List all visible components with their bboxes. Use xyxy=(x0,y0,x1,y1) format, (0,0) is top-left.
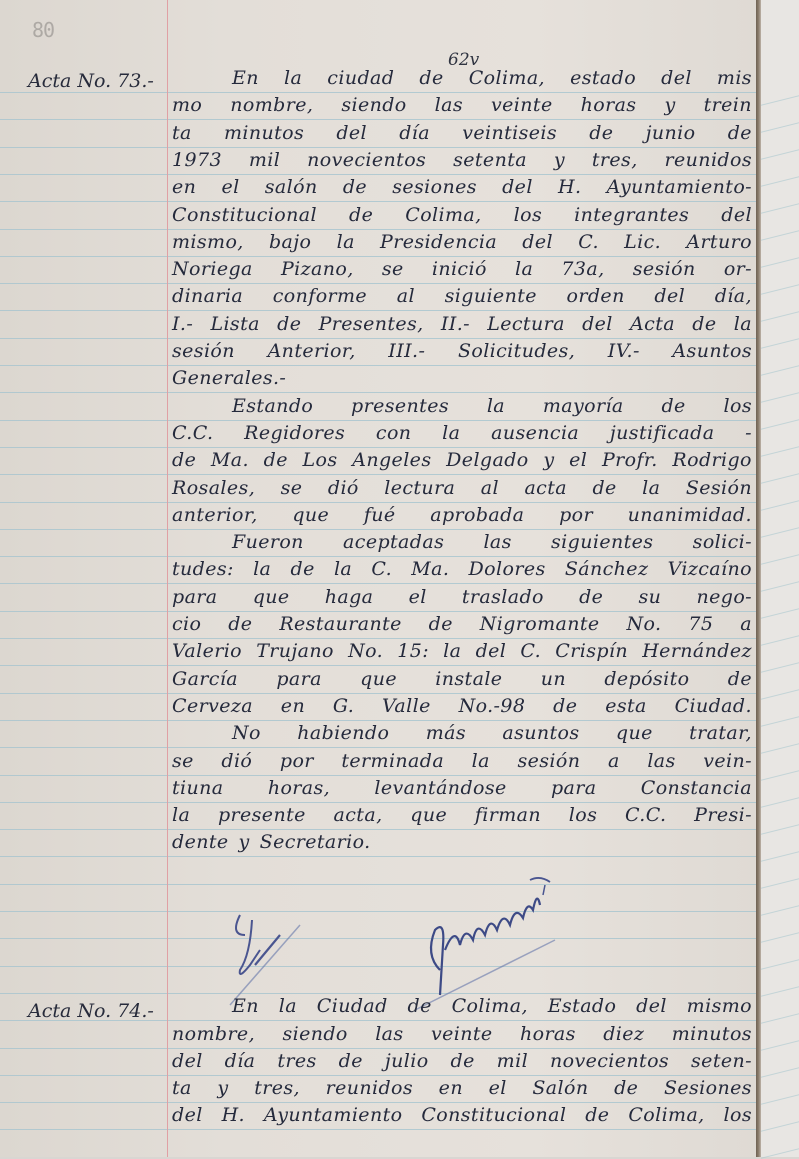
acta-73-label: Acta No. 73.- xyxy=(28,70,154,92)
ruled-line xyxy=(761,797,799,807)
ruled-line xyxy=(0,119,760,120)
ruled-line xyxy=(0,938,760,939)
ruled-line xyxy=(761,284,799,294)
acta-73-line: Fueronaceptadaslassiguientessolici- xyxy=(172,531,752,553)
ruled-line xyxy=(761,608,799,618)
ruled-line xyxy=(0,420,760,421)
ruled-line xyxy=(0,775,760,776)
ruled-line xyxy=(0,556,760,557)
ruled-line xyxy=(0,611,760,612)
acta-73-line: EnlaciudaddeColima,estadodelmis xyxy=(172,67,752,89)
ruled-line xyxy=(0,529,760,530)
ruled-line xyxy=(0,1129,760,1130)
acta-73-line: tudes:ladelaC.Ma.DoloresSánchezVizcaíno xyxy=(172,558,752,580)
ruled-line xyxy=(0,392,760,393)
ruled-line xyxy=(761,689,799,699)
ruled-line xyxy=(0,474,760,475)
acta-73-line: denteySecretario. xyxy=(172,831,752,853)
ruled-line xyxy=(0,747,760,748)
acta-74-line: taytres,reunidosenelSalóndeSesiones xyxy=(172,1077,752,1099)
ruled-line xyxy=(761,230,799,240)
acta-73-line: sesiónAnterior,III.-Solicitudes,IV.-Asun… xyxy=(172,340,752,362)
ruled-line xyxy=(761,770,799,780)
ruled-line xyxy=(0,174,760,175)
ruled-line xyxy=(761,1121,799,1131)
ruled-line xyxy=(0,365,760,366)
ruled-line xyxy=(0,665,760,666)
ledger-page: 80 62v Acta No. 73.- EnlaciudaddeColima,… xyxy=(0,0,760,1157)
ruled-line xyxy=(761,1040,799,1050)
ruled-line xyxy=(0,1075,760,1076)
folio-stamp: 80 xyxy=(32,18,54,42)
ruled-line xyxy=(761,878,799,888)
ruled-line xyxy=(0,256,760,257)
ruled-line xyxy=(761,1094,799,1104)
ruled-line xyxy=(761,581,799,591)
ruled-line xyxy=(0,502,760,503)
ruled-line xyxy=(0,1102,760,1103)
ruled-line xyxy=(0,201,760,202)
ruled-line xyxy=(761,959,799,969)
acta-74-label: Acta No. 74.- xyxy=(28,1000,154,1022)
acta-73-line: ValerioTrujanoNo.15:ladelC.CrispínHernán… xyxy=(172,640,752,662)
ruled-line xyxy=(761,851,799,861)
ruled-line xyxy=(761,554,799,564)
ruled-line xyxy=(0,447,760,448)
acta-73-line: 1973milnovecientossetentaytres,reunidos xyxy=(172,149,752,171)
margin-line xyxy=(167,0,168,1157)
acta-73-line: ConstitucionaldeColima,losintegrantesdel xyxy=(172,204,752,226)
ruled-line xyxy=(761,743,799,753)
acta-73-line: dinariaconformealsiguienteordendeldía, xyxy=(172,285,752,307)
acta-73-line: enelsalóndesesionesdelH.Ayuntamiento- xyxy=(172,176,752,198)
president-signature xyxy=(210,895,330,1009)
acta-73-line: tiunahoras,levantándoseparaConstancia xyxy=(172,777,752,799)
ruled-line xyxy=(761,824,799,834)
ruled-line xyxy=(761,392,799,402)
ruled-line xyxy=(0,92,760,93)
ruled-line xyxy=(761,419,799,429)
ruled-line xyxy=(761,176,799,186)
ruled-line xyxy=(0,720,760,721)
acta-73-line: monombre,siendolasveintehorasytrein xyxy=(172,94,752,116)
acta-73-line: ciodeRestaurantedeNigromanteNo.75a xyxy=(172,613,752,635)
acta-74-line: delH.AyuntamientoConstitucionaldeColima,… xyxy=(172,1104,752,1126)
acta-73-line: Rosales,sediólecturaalactadelaSesión xyxy=(172,477,752,499)
acta-73-line: paraquehagaeltrasladodesunego- xyxy=(172,586,752,608)
ruled-line xyxy=(0,993,760,994)
ruled-line xyxy=(761,1148,799,1157)
ruled-line xyxy=(761,1013,799,1023)
next-page-edge xyxy=(761,0,799,1157)
acta-73-line: taminutosdeldíaveintiseisdejuniode xyxy=(172,122,752,144)
ruled-line xyxy=(0,338,760,339)
ruled-line xyxy=(761,149,799,159)
acta-73-line: NoriegaPizano,seinicióla73a,sesiónor- xyxy=(172,258,752,280)
ruled-line xyxy=(761,122,799,132)
secretary-signature xyxy=(415,870,585,1004)
ruled-line xyxy=(0,283,760,284)
ruled-line xyxy=(0,884,760,885)
ruled-line xyxy=(761,986,799,996)
acta-73-line: C.C.Regidoresconlaausenciajustificada- xyxy=(172,422,752,444)
acta-73-line: Garcíaparaqueinstaleundepósitode xyxy=(172,668,752,690)
ruled-line xyxy=(761,527,799,537)
acta-73-line: Estandopresenteslamayoríadelos xyxy=(172,395,752,417)
acta-73-line: deMa.deLosAngelesDelgadoyelProfr.Rodrigo xyxy=(172,449,752,471)
ruled-line xyxy=(761,932,799,942)
acta-73-line: mismo,bajolaPresidenciadelC.Lic.Arturo xyxy=(172,231,752,253)
ruled-line xyxy=(761,365,799,375)
acta-74-line: nombre,siendolasveintehorasdiezminutos xyxy=(172,1023,752,1045)
ruled-line xyxy=(761,905,799,915)
ruled-line xyxy=(761,257,799,267)
acta-73-line: sedióporterminadalasesiónalasvein- xyxy=(172,750,752,772)
ruled-line xyxy=(761,446,799,456)
acta-73-line: anterior,quefuéaprobadaporunanimidad. xyxy=(172,504,752,526)
ruled-line xyxy=(0,638,760,639)
acta-73-line: lapresenteacta,quefirmanlosC.C.Presi- xyxy=(172,804,752,826)
acta-74-line: EnlaCiudaddeColima,Estadodelmismo xyxy=(172,995,752,1017)
ruled-line xyxy=(0,1048,760,1049)
ruled-line xyxy=(0,147,760,148)
ruled-line xyxy=(761,500,799,510)
ruled-line xyxy=(0,911,760,912)
ruled-line xyxy=(761,716,799,726)
ruled-line xyxy=(0,310,760,311)
ruled-line xyxy=(761,1067,799,1077)
ruled-line xyxy=(761,311,799,321)
ruled-line xyxy=(0,856,760,857)
acta-73-line: Generales.- xyxy=(172,367,752,389)
ruled-line xyxy=(761,203,799,213)
ruled-line xyxy=(761,95,799,105)
ruled-line xyxy=(0,966,760,967)
ruled-line xyxy=(0,583,760,584)
ruled-line xyxy=(0,802,760,803)
acta-73-line: I.-ListadePresentes,II.-LecturadelActade… xyxy=(172,313,752,335)
ruled-line xyxy=(0,829,760,830)
acta-74-line: deldíatresdejuliodemilnovecientosseten- xyxy=(172,1050,752,1072)
ruled-line xyxy=(761,635,799,645)
ruled-line xyxy=(0,693,760,694)
acta-73-line: CervezaenG.ValleNo.-98deestaCiudad. xyxy=(172,695,752,717)
ruled-line xyxy=(0,229,760,230)
acta-73-line: Nohabiendomásasuntosquetratar, xyxy=(172,722,752,744)
ruled-line xyxy=(761,338,799,348)
ruled-line xyxy=(761,662,799,672)
ruled-line xyxy=(761,473,799,483)
